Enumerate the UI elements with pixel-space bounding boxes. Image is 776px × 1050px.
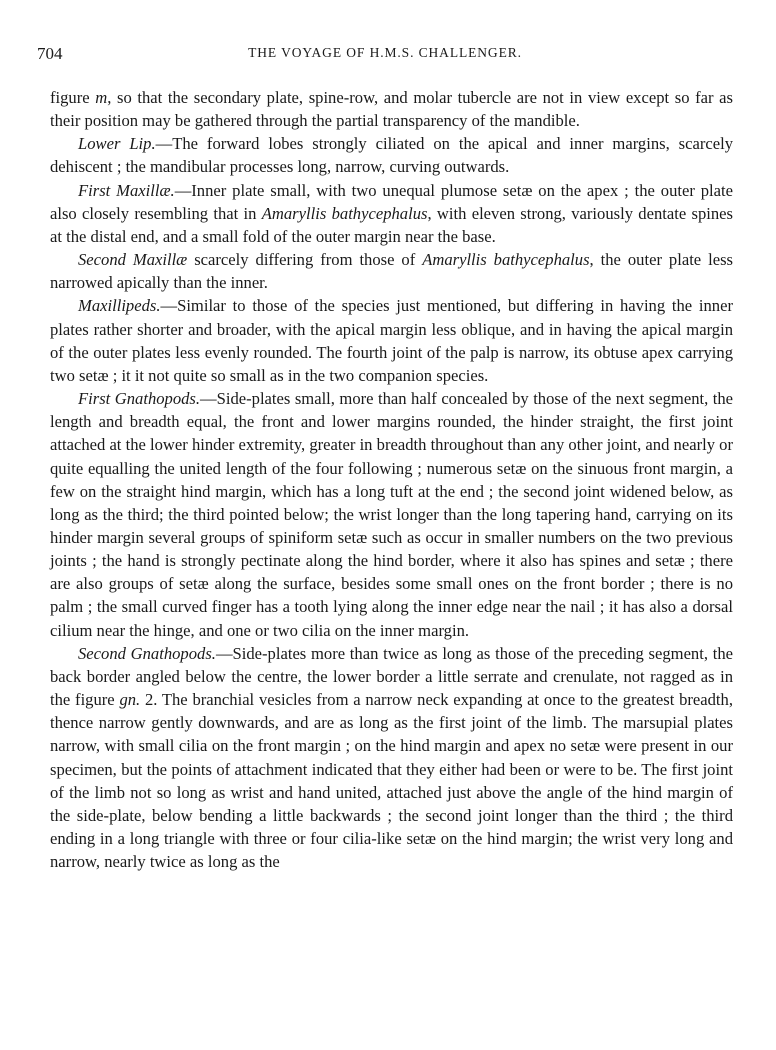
paragraph-mandible-continued: figure m, so that the secondary plate, s…	[50, 86, 733, 132]
text-span: figure	[50, 88, 95, 107]
section-heading: Second Gnathopods.	[78, 644, 216, 663]
text-span: scarcely differing from those of	[187, 250, 422, 269]
paragraph-second-gnathopods: Second Gnathopods.—Side-plates more than…	[50, 642, 733, 874]
paragraph-first-gnathopods: First Gnathopods.—Side-plates small, mor…	[50, 387, 733, 642]
section-heading: Lower Lip.	[78, 134, 156, 153]
paragraph-lower-lip: Lower Lip.—The forward lobes strongly ci…	[50, 132, 733, 178]
book-page: 704 THE VOYAGE OF H.M.S. CHALLENGER. fig…	[0, 0, 776, 1050]
text-span: , so that the secondary plate, spine-row…	[50, 88, 733, 130]
section-heading: Second Maxillæ	[78, 250, 187, 269]
species-name: Amaryllis bathycephalus	[422, 250, 589, 269]
section-heading: First Maxillæ.	[78, 181, 175, 200]
section-heading: First Gnathopods.	[78, 389, 200, 408]
body-text: figure m, so that the secondary plate, s…	[50, 86, 733, 873]
figure-reference: m	[95, 88, 107, 107]
paragraph-first-maxillae: First Maxillæ.—Inner plate small, with t…	[50, 179, 733, 248]
figure-reference: gn.	[119, 690, 140, 709]
species-name: Amaryllis bathycephalus	[262, 204, 428, 223]
running-title: THE VOYAGE OF H.M.S. CHALLENGER.	[37, 45, 733, 61]
text-span: 2. The branchial vesicles from a narrow …	[50, 690, 733, 871]
paragraph-maxillipeds: Maxillipeds.—Similar to those of the spe…	[50, 294, 733, 387]
text-span: —Side-plates small, more than half conce…	[50, 389, 733, 640]
section-heading: Maxillipeds.	[78, 296, 161, 315]
paragraph-second-maxillae: Second Maxillæ scarcely differing from t…	[50, 248, 733, 294]
running-head: 704 THE VOYAGE OF H.M.S. CHALLENGER.	[37, 44, 733, 66]
